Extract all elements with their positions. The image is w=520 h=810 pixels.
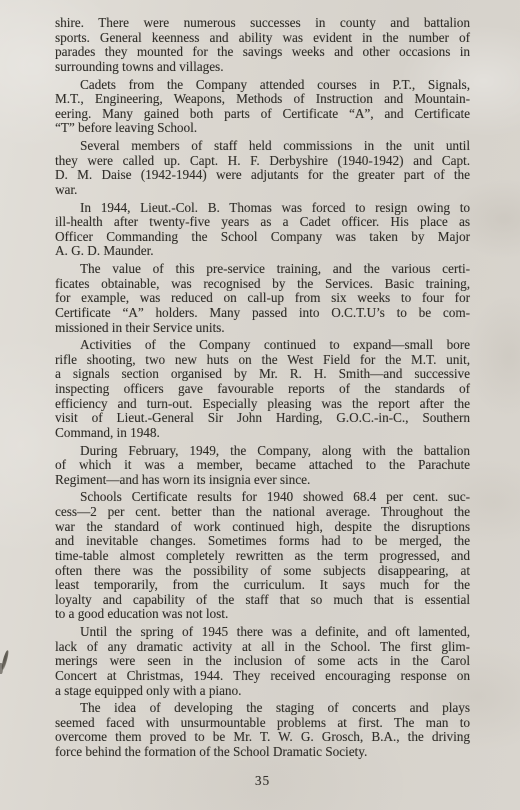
text-line: efficiency and turn-out. Especially plea… <box>55 397 470 412</box>
text-line: Officer Commanding the School Company wa… <box>55 230 470 245</box>
paragraph: The idea of developing the staging of co… <box>55 701 470 760</box>
page-number: 35 <box>55 773 470 789</box>
text-line: seemed faced with unsurmountable problem… <box>55 716 470 731</box>
paragraph: Until the spring of 1945 there was a def… <box>55 625 470 698</box>
text-line: time-table almost completely rewritten a… <box>55 549 470 564</box>
text-line: missioned in their Service units. <box>55 321 470 336</box>
paragraph: shire. There were numerous successes in … <box>55 16 470 75</box>
text-line: a stage equipped only with a piano. <box>55 684 470 699</box>
text-line: Several members of staff held commission… <box>55 139 470 154</box>
text-line: A. G. D. Maunder. <box>55 244 470 259</box>
text-line: a signals section organised by Mr. R. H.… <box>55 367 470 382</box>
text-line: ficates obtainable, was recognised by th… <box>55 277 470 292</box>
text-line: parades they mounted for the savings wee… <box>55 45 470 60</box>
text-line: often there was the possibility of some … <box>55 564 470 579</box>
paragraph: Schools Certificate results for 1940 sho… <box>55 490 470 622</box>
text-line: loyalty and capability of the staff that… <box>55 593 470 608</box>
text-line: Certificate “A” holders. Many passed int… <box>55 306 470 321</box>
text-line: least temporarily, from the curriculum. … <box>55 578 470 593</box>
text-line: ill-health after twenty-five years as a … <box>55 215 470 230</box>
text-line: sports. General keenness and ability was… <box>55 31 470 46</box>
text-line: they were called up. Capt. H. F. Derbysh… <box>55 154 470 169</box>
text-line: for example, was reduced on call-up from… <box>55 291 470 306</box>
paragraph: Cadets from the Company attended courses… <box>55 78 470 137</box>
text-line: Activities of the Company continued to e… <box>55 338 470 353</box>
text-line: Cadets from the Company attended courses… <box>55 78 470 93</box>
text-line: rifle shooting, two new huts on the West… <box>55 353 470 368</box>
text-line: of which it was a member, became attache… <box>55 458 470 473</box>
text-line: inspecting officers gave favourable repo… <box>55 382 470 397</box>
text-line: force behind the formation of the School… <box>55 745 470 760</box>
text-line: Schools Certificate results for 1940 sho… <box>55 490 470 505</box>
text-line: “T” before leaving School. <box>55 121 470 136</box>
text-line: Regiment—and has worn its insignia ever … <box>55 473 470 488</box>
scan-artifact <box>0 663 3 674</box>
text-line: Command, in 1948. <box>55 426 470 441</box>
text-line: Until the spring of 1945 there was a def… <box>55 625 470 640</box>
text-line: The idea of developing the staging of co… <box>55 701 470 716</box>
text-line: The value of this pre-service training, … <box>55 262 470 277</box>
paragraph: In 1944, Lieut.-Col. B. Thomas was force… <box>55 201 470 260</box>
text-line: cess—2 per cent. better than the nationa… <box>55 505 470 520</box>
text-line: shire. There were numerous successes in … <box>55 16 470 31</box>
scan-artifact <box>1 650 10 670</box>
text-line: lack of any dramatic activity at all in … <box>55 640 470 655</box>
text-line: to a good education was not lost. <box>55 607 470 622</box>
text-line: war. <box>55 183 470 198</box>
text-line: surrounding towns and villages. <box>55 60 470 75</box>
text-line: M.T., Engineering, Weapons, Methods of I… <box>55 92 470 107</box>
text-line: D. M. Daise (1942-1944) were adjutants f… <box>55 168 470 183</box>
paragraph: During February, 1949, the Company, alon… <box>55 444 470 488</box>
book-page: shire. There were numerous successes in … <box>0 0 520 810</box>
text-line: and inevitable changes. Sometimes forms … <box>55 534 470 549</box>
text-line: During February, 1949, the Company, alon… <box>55 444 470 459</box>
text-line: eering. Many gained both parts of Certif… <box>55 107 470 122</box>
text-line: overcome them proved to be Mr. T. W. G. … <box>55 730 470 745</box>
paragraph: The value of this pre-service training, … <box>55 262 470 335</box>
text-line: Concert at Christmas, 1944. They receive… <box>55 669 470 684</box>
text-line: In 1944, Lieut.-Col. B. Thomas was force… <box>55 201 470 216</box>
paragraph: Several members of staff held commission… <box>55 139 470 198</box>
text-line: merings were seen in the inclusion of so… <box>55 654 470 669</box>
paragraph: Activities of the Company continued to e… <box>55 338 470 440</box>
text-line: visit of Lieut.-General Sir John Harding… <box>55 411 470 426</box>
text-block: shire. There were numerous successes in … <box>55 16 470 760</box>
text-line: war the standard of work continued high,… <box>55 520 470 535</box>
